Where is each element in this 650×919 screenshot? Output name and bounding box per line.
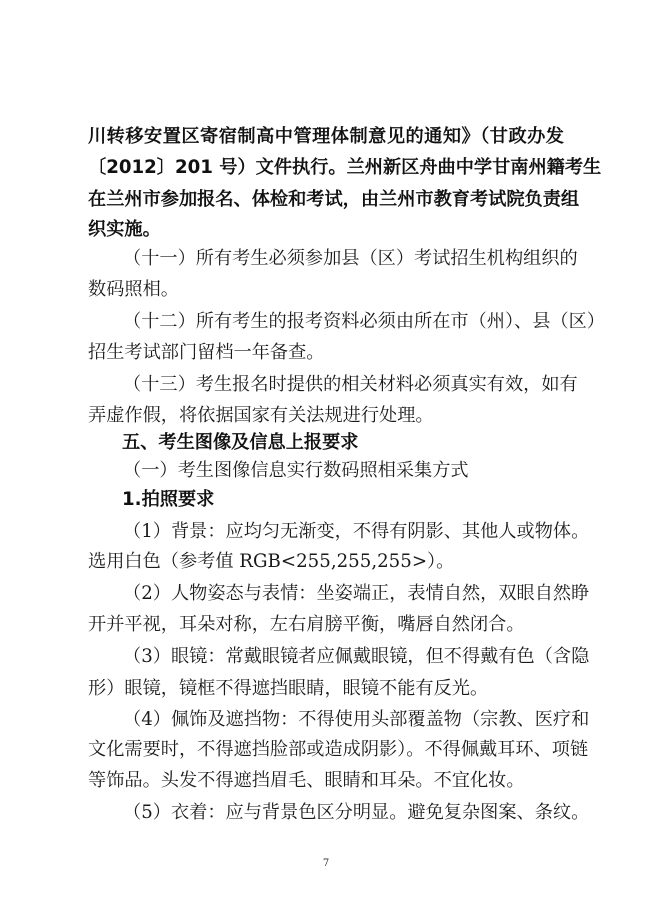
req-5-line-1: （5）衣着：应与背景色区分明显。避免复杂图案、条纹。 [123, 799, 564, 827]
req-4-line-3: 等饰品。头发不得遮挡眉毛、眼睛和耳朵。不宜化妆。 [88, 767, 564, 795]
req-2-line-2: 开并平视，耳朵对称，左右肩膀平衡，嘴唇自然闭合。 [88, 611, 564, 639]
subsection-1-heading: （一）考生图像信息实行数码照相采集方式 [123, 457, 564, 485]
item-12-line-2: 招生考试部门留档一年备查。 [88, 339, 564, 367]
item-13-line-2: 弄虚作假，将依据国家有关法规进行处理。 [88, 402, 564, 430]
intro-line-1: 川转移安置区寄宿制高中管理体制意见的通知》（甘政办发 [88, 123, 564, 151]
item-13-line-1: （十三）考生报名时提供的相关材料必须真实有效，如有 [123, 371, 564, 399]
intro-line-2: 〔2012〕201 号）文件执行。兰州新区舟曲中学甘南州籍考生 [88, 154, 564, 182]
req-4-line-1: （4）佩饰及遮挡物：不得使用头部覆盖物（宗教、医疗和 [123, 706, 564, 734]
photo-requirements-heading: 1.拍照要求 [122, 486, 563, 514]
req-3-line-1: （3）眼镜：常戴眼镜者应佩戴眼镜，但不得戴有色（含隐 [123, 643, 564, 671]
item-12-line-1: （十二）所有考生的报考资料必须由所在市（州）、县（区） [123, 308, 564, 336]
req-1-line-1: （1）背景：应均匀无渐变，不得有阴影、其他人或物体。 [123, 518, 564, 546]
req-2-line-1: （2）人物姿态与表情：坐姿端正，表情自然，双眼自然睁 [123, 580, 564, 608]
intro-line-3: 在兰州市参加报名、体检和考试，由兰州市教育考试院负责组 [88, 186, 564, 214]
page-number: 7 [316, 858, 336, 869]
document-page: 川转移安置区寄宿制高中管理体制意见的通知》（甘政办发 〔2012〕201 号）文… [0, 0, 650, 919]
section-5-heading: 五、考生图像及信息上报要求 [122, 429, 563, 457]
intro-line-4: 织实施。 [88, 216, 564, 244]
req-1-line-2: 选用白色（参考值 RGB<255,255,255>）。 [88, 548, 564, 576]
req-3-line-2: 形）眼镜，镜框不得遮挡眼睛，眼镜不能有反光。 [88, 675, 564, 703]
item-11-line-1: （十一）所有考生必须参加县（区）考试招生机构组织的 [123, 245, 564, 273]
req-4-line-2: 文化需要时，不得遮挡脸部或造成阴影）。不得佩戴耳环、项链 [88, 736, 564, 764]
item-11-line-2: 数码照相。 [88, 276, 564, 304]
